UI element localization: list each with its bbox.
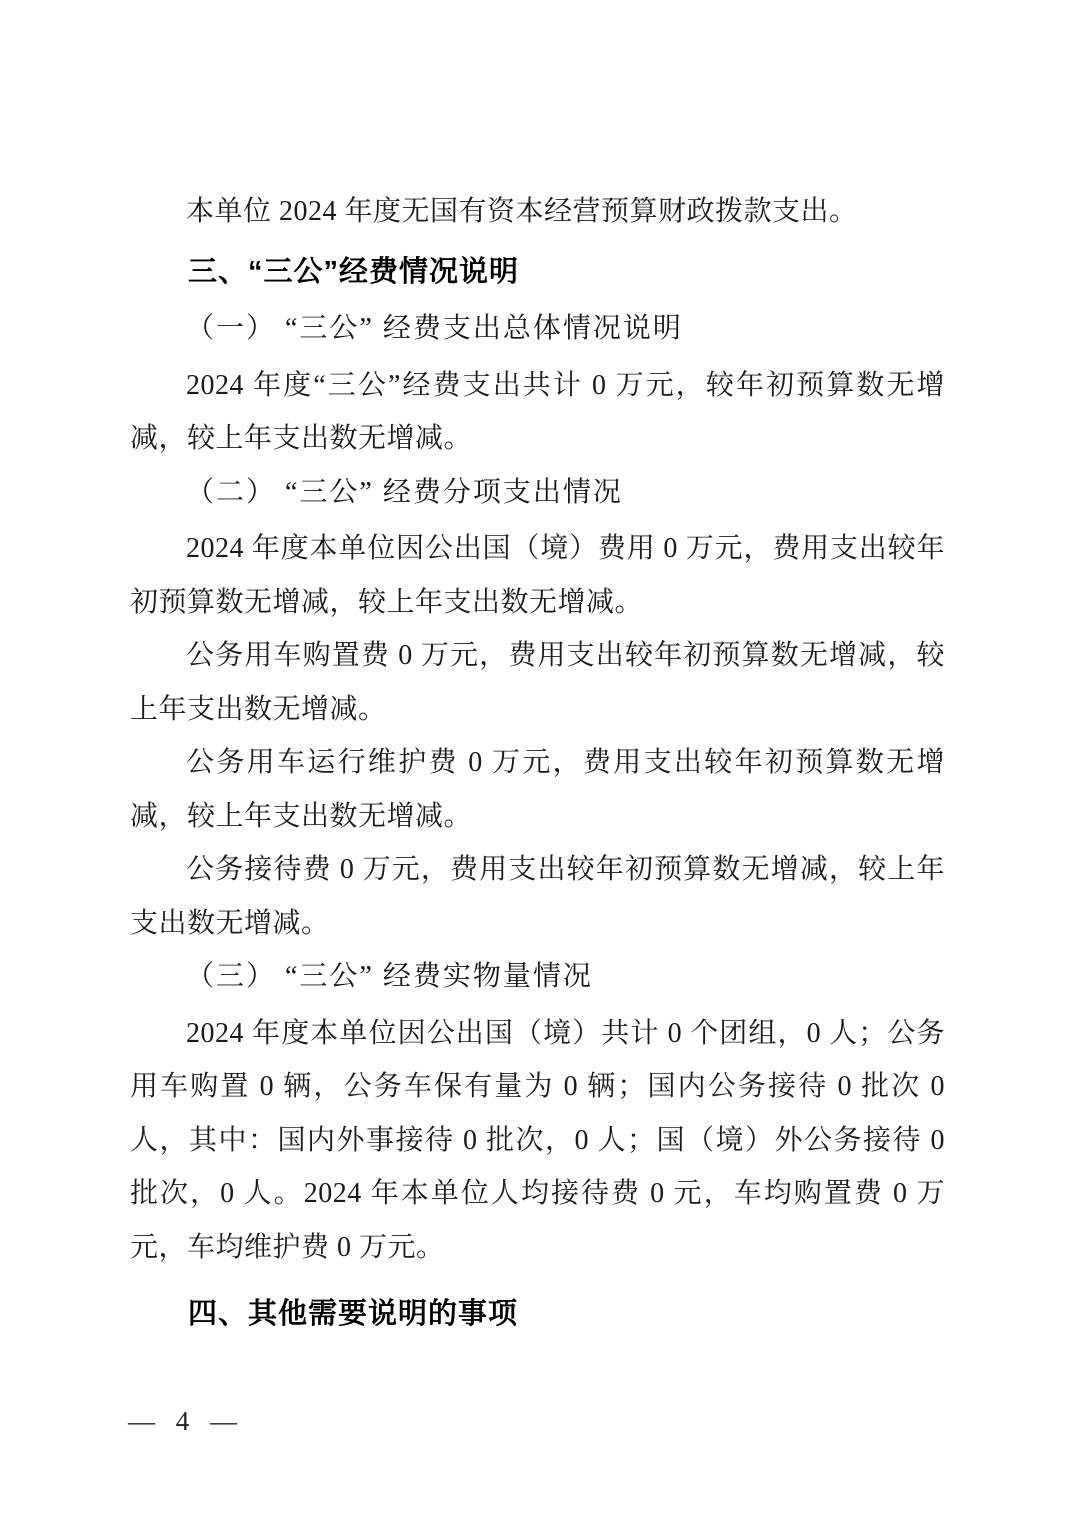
paragraph-total-overview: 2024 年度“三公”经费支出共计 0 万元，较年初预算数无增减，较上年支出数无… bbox=[130, 359, 945, 466]
paragraph-vehicle-maintenance-expense: 公务用车运行维护费 0 万元，费用支出较年初预算数无增减，较上年支出数无增减。 bbox=[130, 736, 945, 843]
subsection-three-heading: （三） “三公” 经费实物量情况 bbox=[130, 950, 945, 1004]
page-number: — 4 — bbox=[128, 1404, 239, 1438]
paragraph-physical-quantity: 2024 年度本单位因公出国（境）共计 0 个团组，0 人；公务用车购置 0 辆… bbox=[130, 1007, 945, 1275]
paragraph-reception-expense: 公务接待费 0 万元，费用支出较年初预算数无增减，较上年支出数无增减。 bbox=[130, 843, 945, 950]
document-body: 本单位 2024 年度无国有资本经营预算财政拨款支出。 三、“三公”经费情况说明… bbox=[130, 185, 945, 1342]
subsection-two-heading: （二） “三公” 经费分项支出情况 bbox=[130, 466, 945, 520]
document-page: 本单位 2024 年度无国有资本经营预算财政拨款支出。 三、“三公”经费情况说明… bbox=[0, 0, 1075, 1520]
section-three-heading: 三、“三公”经费情况说明 bbox=[130, 246, 945, 300]
section-four-heading: 四、其他需要说明的事项 bbox=[130, 1288, 945, 1342]
paragraph-intro: 本单位 2024 年度无国有资本经营预算财政拨款支出。 bbox=[130, 185, 945, 239]
subsection-one-heading: （一） “三公” 经费支出总体情况说明 bbox=[130, 302, 945, 356]
paragraph-abroad-expense: 2024 年度本单位因公出国（境）费用 0 万元，费用支出较年初预算数无增减，较… bbox=[130, 522, 945, 629]
paragraph-vehicle-purchase-expense: 公务用车购置费 0 万元，费用支出较年初预算数无增减，较上年支出数无增减。 bbox=[130, 629, 945, 736]
